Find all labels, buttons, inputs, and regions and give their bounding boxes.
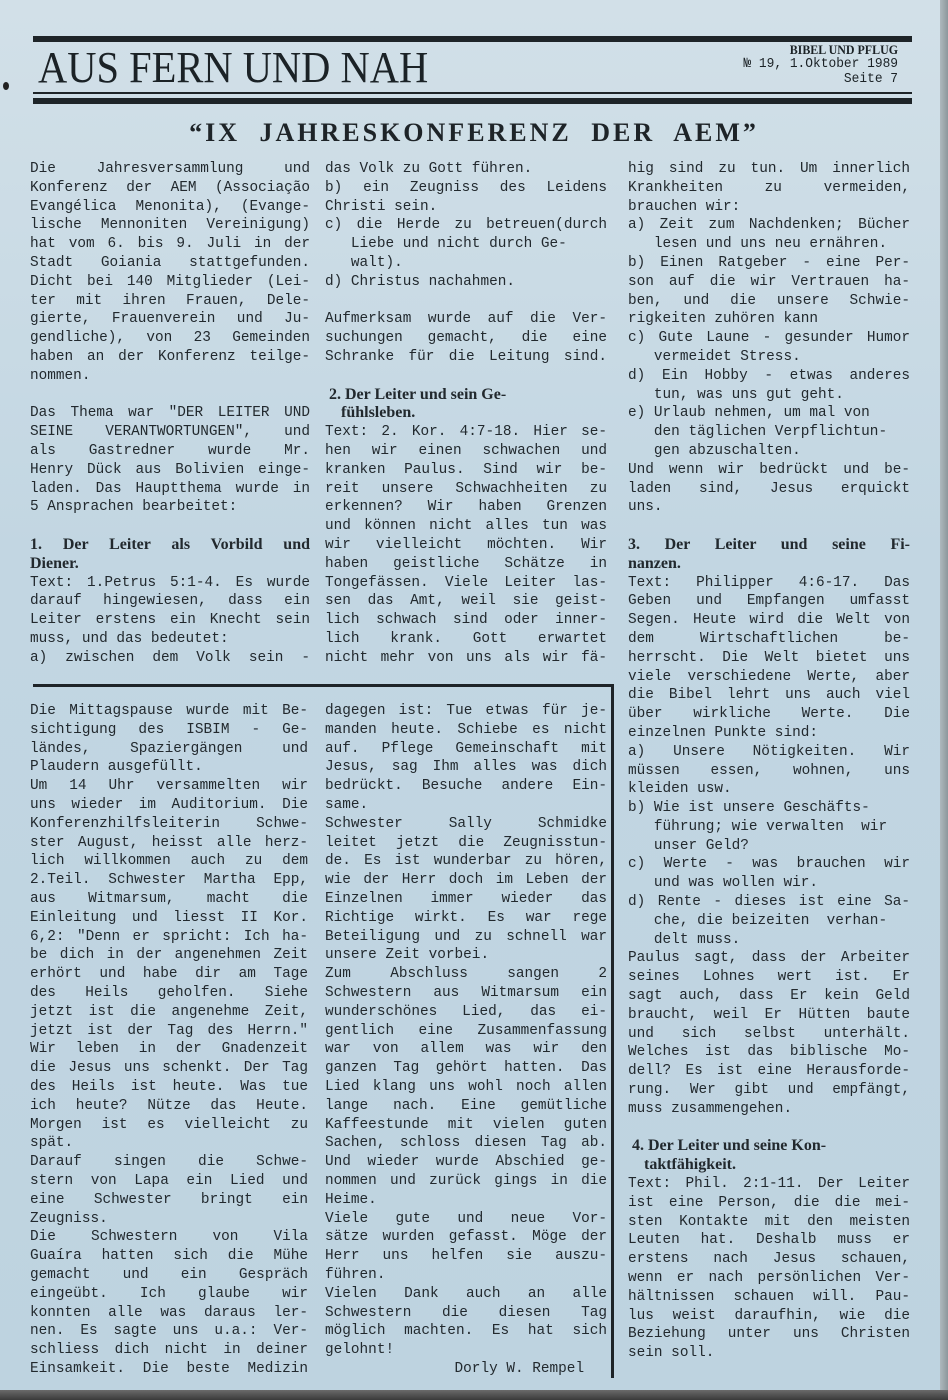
text-line: erhört und habe dir am Tage — [30, 965, 308, 984]
text-line: ganzen Tag gehört hatten. Das — [325, 1059, 607, 1078]
text-line: ländes, Spaziergängen und — [30, 740, 308, 759]
text-line: erkennen? Wir haben Grenzen — [325, 498, 607, 517]
header-rule-thin — [33, 92, 912, 94]
text-line: Darauf singen die Schwe- — [30, 1153, 308, 1172]
text-line: Leuten hat. Deshalb muss er — [628, 1231, 910, 1250]
text-line: kleiden usw. — [628, 780, 910, 799]
box-rule-right — [611, 684, 614, 1378]
text-line: wenn er nach persönlichen Ver- — [628, 1269, 910, 1288]
text-line: son auf die wir Vertrauen ha- — [628, 273, 910, 292]
text-line: Einsamkeit. Die beste Medizin — [30, 1360, 308, 1379]
text-line: nicht mehr von uns als wir fä- — [325, 649, 607, 668]
text-line: leitet jetzt die Zeugnisstun- — [325, 834, 607, 853]
text-line: die Jesus uns schenkt. Der Tag — [30, 1059, 308, 1078]
text-line: haben geistliche Schätze in — [325, 555, 607, 574]
text-line: als Gastredner wurde Mr. — [30, 442, 310, 461]
text-line: Schwester Sally Schmidke — [325, 815, 607, 834]
text-line: a) Unsere Nötigkeiten. Wir — [628, 743, 910, 762]
text-line: ist eine Person, die die mei- — [628, 1194, 910, 1213]
page-number: Seite 7 — [743, 72, 898, 87]
text-line: brauchen wir: — [628, 198, 910, 217]
text-line: Und wieder wurde Abschied ge- — [325, 1153, 607, 1172]
paragraph-gap — [628, 1119, 910, 1138]
text-line: Jesus, sag Ihm alles was dich — [325, 758, 607, 777]
text-line: war von allem was wir den — [325, 1040, 607, 1059]
text-line: SEINE VERANTWORTUNGEN", und — [30, 423, 310, 442]
text-line: d) Christus nachahmen. — [325, 273, 607, 292]
text-line: Guaíra hatten sich die Mühe — [30, 1247, 308, 1266]
text-line: Beziehung unter uns Christen — [628, 1325, 910, 1344]
text-line: herrscht. Die Welt bietet uns — [628, 649, 910, 668]
text-line: Schranke für die Leitung sind. — [325, 348, 607, 367]
text-line: b) Wie ist unsere Geschäfts- — [628, 799, 910, 818]
text-line: ster August, heisst alle herz- — [30, 834, 308, 853]
text-line: das Volk zu Gott führen. — [325, 160, 607, 179]
text-line: che, die beizeiten verhan- — [628, 912, 910, 931]
text-line: Richtige wirkt. Es war rege — [325, 909, 607, 928]
text-line: seines Lohnes wert ist. Er — [628, 968, 910, 987]
text-line: Plaudern ausgefüllt. — [30, 758, 308, 777]
text-line: gierte, Frauenverein und Ju- — [30, 310, 310, 329]
binder-hole-mark — [3, 82, 9, 90]
text-line: über wirkliche Werte. Die — [628, 705, 910, 724]
text-line: Zeugniss. — [30, 1210, 308, 1229]
text-line: Christi sein. — [325, 198, 607, 217]
text-line: jetzt ist die angenehme Zeit, — [30, 1003, 308, 1022]
text-line: reit unsere Schwachheiten zu — [325, 480, 607, 499]
text-line: sten Kontakte mit den meisten — [628, 1213, 910, 1232]
text-line: Evangélica Menonita), (Evange- — [30, 198, 310, 217]
text-line: 2.Teil. Schwester Martha Epp, — [30, 871, 308, 890]
text-line: Um 14 Uhr versammelten wir — [30, 777, 308, 796]
text-line: und können nicht alles tun was — [325, 517, 607, 536]
text-line: Schwestern aus Witmarsum ein — [325, 984, 607, 1003]
text-line: führen. — [325, 1266, 607, 1285]
paragraph-gap — [325, 292, 607, 311]
issue-info: BIBEL UND PFLUG № 19, 1.Oktober 1989 Sei… — [743, 42, 898, 87]
section-title: AUS FERN UND NAH — [38, 44, 428, 92]
text-line: konnten alle was daraus ler- — [30, 1304, 308, 1323]
text-line: wir vielleicht möchten. Wir — [325, 536, 607, 555]
text-line: Krankheiten zu vermeiden, — [628, 179, 910, 198]
text-line: lische Mennoniten Vereinigung) — [30, 216, 310, 235]
text-line: Tongefässen. Viele Leiter las- — [325, 574, 607, 593]
text-line: hat vom 6. bis 9. Juli in der — [30, 235, 310, 254]
text-line: Morgen ist es vielleicht zu — [30, 1116, 308, 1135]
text-line: Die Schwestern von Vila — [30, 1228, 308, 1247]
text-line: stern von Lapa ein Lied und — [30, 1172, 308, 1191]
text-line: kranken Paulus. Sind wir be- — [325, 461, 607, 480]
text-line: spät. — [30, 1134, 308, 1153]
text-line: gentlich eine Zusammenfassung — [325, 1022, 607, 1041]
text-line: d) Ein Hobby - etwas anderes — [628, 367, 910, 386]
text-line: nommen. — [30, 367, 310, 386]
text-line: Text: Philipper 4:6-17. Das — [628, 574, 910, 593]
text-line: de. Es ist wunderbar zu hören, — [325, 852, 607, 871]
section-heading-line: fühlsleben. — [325, 404, 607, 423]
text-line: b) Einen Ratgeber - eine Per- — [628, 254, 910, 273]
text-line: dem Wirtschaftlichen be- — [628, 630, 910, 649]
text-line: den täglichen Verpflichtun- — [628, 423, 910, 442]
text-line: manden heute. Schiebe es nicht — [325, 721, 607, 740]
text-line: Einzelnen immer wieder das — [325, 890, 607, 909]
text-line: ter mit ihren Frauen, Dele- — [30, 292, 310, 311]
paragraph-gap — [325, 367, 607, 386]
text-line: Und wenn wir bedrückt und be- — [628, 461, 910, 480]
text-line: 6,2: "Denn er spricht: Ich ha- — [30, 928, 308, 947]
text-line: braucht, weil Er Hütten baute — [628, 1006, 910, 1025]
text-line: a) zwischen dem Volk sein - — [30, 649, 310, 668]
text-line: sein soll. — [628, 1344, 910, 1363]
text-line: Kaffeestunde mit vielen guten — [325, 1116, 607, 1135]
section-heading-line: Diener. — [30, 555, 310, 574]
text-line: Zum Abschluss sangen 2 — [325, 965, 607, 984]
text-line: 5 Ansprachen bearbeitet: — [30, 498, 310, 517]
text-line: Das Thema war "DER LEITER UND — [30, 404, 310, 423]
text-line: Schwestern die diesen Tag — [325, 1304, 607, 1323]
issue-number-date: № 19, 1.Oktober 1989 — [743, 57, 898, 72]
text-line: delt muss. — [628, 931, 910, 950]
text-line: uns wieder im Auditorium. Die — [30, 796, 308, 815]
text-line: viele verschiedene Werte, aber — [628, 668, 910, 687]
text-line: c) Werte - was brauchen wir — [628, 855, 910, 874]
text-line: Sachen, schloss diesen Tag ab. — [325, 1134, 607, 1153]
text-line: lich schwach sind oder inner- — [325, 611, 607, 630]
text-line: und sich selbst unterhält. — [628, 1025, 910, 1044]
text-line: laden sind, Jesus erquickt — [628, 480, 910, 499]
text-line: Heime. — [325, 1191, 607, 1210]
text-line: suchungen gemacht, die eine — [325, 329, 607, 348]
text-line: Leiter erstens ein Knecht sein — [30, 611, 310, 630]
article-title: “IX JAHRESKONFERENZ DER AEM” — [0, 118, 948, 148]
text-line: Wir leben in der Gnadenzeit — [30, 1040, 308, 1059]
paragraph-gap — [30, 386, 310, 405]
section-heading-line: taktfähigkeit. — [628, 1156, 910, 1175]
text-line: b) ein Zeugniss des Leidens — [325, 179, 607, 198]
text-line: Welches ist das biblische Mo- — [628, 1043, 910, 1062]
section-heading-line: 1. Der Leiter als Vorbild und — [30, 536, 310, 555]
text-line: auf. Pflege Gemeinschaft mit — [325, 740, 607, 759]
boxed-text-column-2: dagegen ist: Tue etwas für je-manden heu… — [325, 702, 607, 1379]
text-line: lange nach. Eine gemütliche — [325, 1097, 607, 1116]
text-line: Paulus sagt, dass der Arbeiter — [628, 949, 910, 968]
text-line: Segen. Heute wird die Welt von — [628, 611, 910, 630]
text-line: hig sind zu tun. Um innerlich — [628, 160, 910, 179]
text-line: be dich in der angenehmen Zeit — [30, 946, 308, 965]
section-heading-line: 2. Der Leiter und sein Ge- — [325, 386, 607, 405]
text-line: nen. Es sagte uns u.a.: Ver- — [30, 1322, 308, 1341]
section-heading-line: 4. Der Leiter und seine Kon- — [628, 1137, 910, 1156]
text-line: Einleitung und liesst II Kor. — [30, 909, 308, 928]
text-line: schliess dich nicht in deiner — [30, 1341, 308, 1360]
page-bottom-shadow — [0, 1390, 948, 1400]
text-line: ben, und die unsere Schwie- — [628, 292, 910, 311]
text-line: einzelnen Punkte sind: — [628, 724, 910, 743]
text-line: eingeübt. Ich glaube wir — [30, 1285, 308, 1304]
text-line: sätze wurden gefasst. Möge der — [325, 1228, 607, 1247]
text-line: e) Urlaub nehmen, um mal von — [628, 404, 910, 423]
text-line: rigkeiten zuhören kann — [628, 310, 910, 329]
text-line: haben an der Konferenz teilge- — [30, 348, 310, 367]
text-line: Text: Phil. 2:1-11. Der Leiter — [628, 1175, 910, 1194]
text-line: laden. Das Hauptthema wurde in — [30, 480, 310, 499]
text-line: hältnissen schauen will. Pau- — [628, 1288, 910, 1307]
text-line: muss zusammengehen. — [628, 1100, 910, 1119]
section-heading-line: 3. Der Leiter und seine Fi- — [628, 536, 910, 555]
newspaper-page: AUS FERN UND NAH BIBEL UND PFLUG № 19, 1… — [0, 0, 940, 1392]
paragraph-gap — [30, 517, 310, 536]
text-line: Herr uns helfen sie auszu- — [325, 1247, 607, 1266]
text-line: Dicht bei 140 Mitglieder (Lei- — [30, 273, 310, 292]
text-line: Dorly W. Rempel — [325, 1360, 607, 1379]
text-line: lich krank. Gott erwartet — [325, 630, 607, 649]
text-line: lesen und uns neu ernähren. — [628, 235, 910, 254]
text-line: walt). — [325, 254, 607, 273]
text-line: Stadt Goiania stattgefunden. — [30, 254, 310, 273]
text-line: Konferenzhilfsleiterin Schwe- — [30, 815, 308, 834]
text-line: aus Witmarsum, macht die — [30, 890, 308, 909]
text-line: Beteiligung und zu schnell war — [325, 928, 607, 947]
text-line: hen wir einen schwachen und — [325, 442, 607, 461]
text-line: nommen und zurück gings in die — [325, 1172, 607, 1191]
text-line: muss, und das bedeutet: — [30, 630, 310, 649]
text-line: bedrückt. Besuche andere Ein- — [325, 777, 607, 796]
text-line: sagt auch, dass Er kein Geld — [628, 987, 910, 1006]
text-line: tun, was uns gut geht. — [628, 386, 910, 405]
text-line: lus weist daraufhin, wie die — [628, 1307, 910, 1326]
boxed-text-column-1: Die Mittagspause wurde mit Be-sichtigung… — [30, 702, 308, 1379]
text-line: unser Geld? — [628, 837, 910, 856]
text-line: lich willkommen auch zu dem — [30, 852, 308, 871]
text-line: c) Gute Laune - gesunder Humor — [628, 329, 910, 348]
text-line: Die Mittagspause wurde mit Be- — [30, 702, 308, 721]
text-line: eine Schwester bringt ein — [30, 1191, 308, 1210]
text-column-2: das Volk zu Gott führen.b) ein Zeugniss … — [325, 160, 607, 668]
text-line: des Heils ist heute. Was tue — [30, 1078, 308, 1097]
text-line: darauf hingewiesen, dass ein — [30, 592, 310, 611]
text-line: a) Zeit zum Nachdenken; Bücher — [628, 216, 910, 235]
text-line: die Bibel lehrt uns auch viel — [628, 686, 910, 705]
box-rule-top — [33, 684, 613, 687]
text-line: vermeidet Stress. — [628, 348, 910, 367]
text-line: Geben und Empfangen umfasst — [628, 592, 910, 611]
text-line: Konferenz der AEM (Associação — [30, 179, 310, 198]
text-line: gelohnt! — [325, 1341, 607, 1360]
text-line: wunderschönes Lied, das ei- — [325, 1003, 607, 1022]
text-line: Henry Dück aus Bolivien einge- — [30, 461, 310, 480]
text-line: Liebe und nicht durch Ge- — [325, 235, 607, 254]
text-line: d) Rente - dieses ist eine Sa- — [628, 893, 910, 912]
text-line: Aufmerksam wurde auf die Ver- — [325, 310, 607, 329]
text-line: Vielen Dank auch an alle — [325, 1285, 607, 1304]
text-line: same. — [325, 796, 607, 815]
text-line: gendliche), von 23 Gemeinden — [30, 329, 310, 348]
text-line: dagegen ist: Tue etwas für je- — [325, 702, 607, 721]
text-line: c) die Herde zu betreuen(durch — [325, 216, 607, 235]
section-heading-line: nanzen. — [628, 555, 910, 574]
publication-name: BIBEL UND PFLUG — [743, 42, 898, 57]
text-line: führung; wie verwalten wir — [628, 818, 910, 837]
text-line: gemacht und ein Gespräch — [30, 1266, 308, 1285]
text-line: ich heute? Nütze das Heute. — [30, 1097, 308, 1116]
text-line: Die Jahresversammlung und — [30, 160, 310, 179]
text-column-3: hig sind zu tun. Um innerlichKrankheiten… — [628, 160, 910, 1363]
paragraph-gap — [628, 517, 910, 536]
text-line: müssen essen, wohnen, uns — [628, 762, 910, 781]
text-line: uns. — [628, 498, 910, 517]
text-column-1: Die Jahresversammlung undKonferenz der A… — [30, 160, 310, 668]
text-line: möglich machten. Es hat sich — [325, 1322, 607, 1341]
text-line: und was wollen wir. — [628, 874, 910, 893]
text-line: Lied klang uns wohl noch allen — [325, 1078, 607, 1097]
text-line: wie der Herr doch im Leben der — [325, 871, 607, 890]
text-line: jetzt ist der Tag des Herrn." — [30, 1022, 308, 1041]
text-line: sichtigung des ISBIM - Ge- — [30, 721, 308, 740]
text-line: unsere Zeit vorbei. — [325, 946, 607, 965]
text-line: sen das Amt, weil sie geist- — [325, 592, 607, 611]
text-line: erstens nach Jesus schauen, — [628, 1250, 910, 1269]
text-line: Text: 1.Petrus 5:1-4. Es wurde — [30, 574, 310, 593]
text-line: des Heils geholfen. Siehe — [30, 984, 308, 1003]
text-line: dell? Es ist eine Herausforde- — [628, 1062, 910, 1081]
text-line: Viele gute und neue Vor- — [325, 1210, 607, 1229]
page-edge-shadow — [940, 0, 948, 1392]
text-line: rung. Wer gibt und empfängt, — [628, 1081, 910, 1100]
header-rule-thick — [33, 98, 912, 104]
text-line: gen abzuschalten. — [628, 442, 910, 461]
text-line: Text: 2. Kor. 4:7-18. Hier se- — [325, 423, 607, 442]
